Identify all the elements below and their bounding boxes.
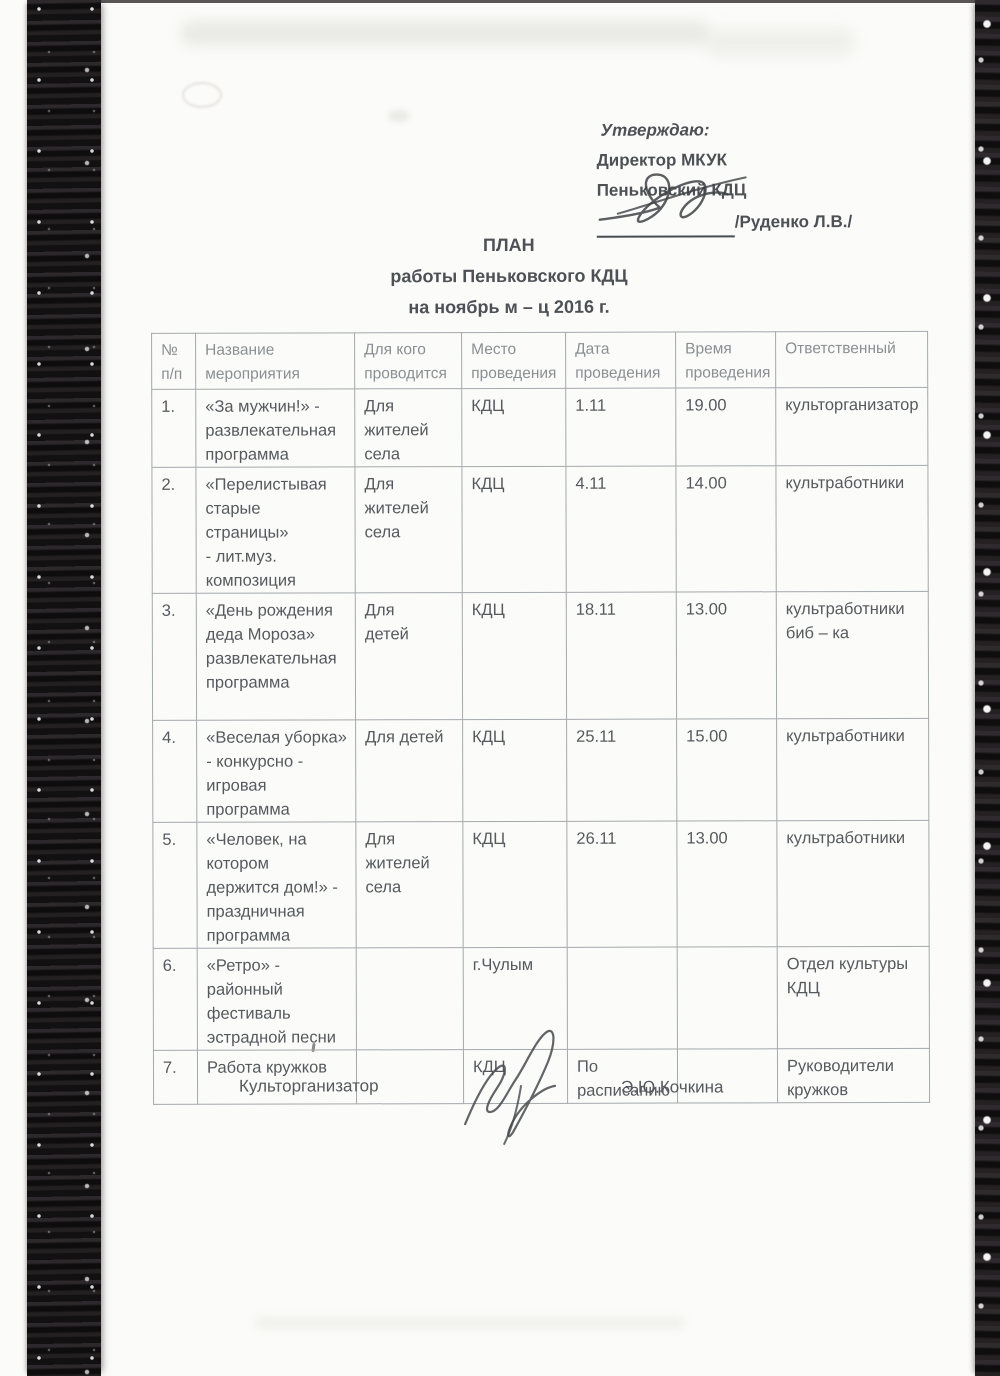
footer-signer-name: Э.Ю.Кочкина [621, 1077, 724, 1097]
title-line-2: работы Пеньковского КДЦ [289, 260, 729, 292]
cell-r5-c2: «Человек, на котором держится дом!» - пр… [197, 822, 356, 948]
approval-director: Директор МКУК [597, 145, 897, 176]
title-line-1: ПЛАН [289, 229, 729, 261]
footer-role-label: Культорганизатор [239, 1076, 379, 1096]
cell-r3-c3: Для детей [355, 593, 462, 720]
cell-r1-c5: 1.11 [566, 388, 676, 466]
cell-r3-c1: 3. [152, 593, 196, 720]
col-header-4: Место проведения [462, 332, 566, 388]
cell-r2-c6: 14.00 [676, 466, 776, 592]
cell-r5-c5: 26.11 [567, 821, 677, 947]
approval-org: Пеньковский КДЦ [597, 175, 897, 206]
cell-r7-c4: КДЦ [463, 1049, 567, 1103]
col-header-7: Ответственный [776, 331, 928, 387]
cell-r3-c6: 13.00 [676, 592, 776, 719]
col-header-1: № п/п [152, 333, 196, 389]
cell-r1-c7: культорганизатор [776, 387, 928, 465]
table-row-4: 4.«Веселая уборка» - конкурсно - игровая… [153, 718, 929, 822]
cell-r3-c4: КДЦ [462, 592, 566, 719]
cell-r2-c3: Для жителей села [355, 467, 462, 593]
col-header-3: Для кого проводится [355, 333, 462, 389]
cell-r5-c6: 13.00 [677, 821, 777, 947]
cell-r6-c3 [356, 948, 463, 1050]
cell-r4-c6: 15.00 [677, 719, 777, 821]
table-body: 1.«За мужчин!» - развлекательная програм… [152, 387, 930, 1104]
table-row-5: 5.«Человек, на котором держится дом!» - … [153, 820, 929, 948]
cell-r4-c1: 4. [153, 720, 197, 822]
cell-r1-c6: 19.00 [676, 388, 776, 466]
approval-block: Утверждаю: Директор МКУК Пеньковский КДЦ… [597, 115, 897, 238]
table-row-2: 2.«Перелистывая старые страницы» - лит.м… [152, 465, 928, 593]
cell-r2-c4: КДЦ [462, 466, 566, 592]
cell-r6-c1: 6. [153, 948, 197, 1050]
table-header-row: № п/пНазвание мероприятияДля кого провод… [152, 331, 928, 389]
cell-r6-c7: Отдел культуры КДЦ [777, 946, 929, 1048]
cell-r4-c7: культработники [777, 718, 929, 820]
cell-r7-c1: 7. [153, 1050, 197, 1104]
cell-r5-c7: культработники [777, 820, 929, 946]
cell-r4-c5: 25.11 [567, 719, 677, 821]
col-header-5: Дата проведения [566, 332, 676, 388]
cell-r5-c1: 5. [153, 822, 197, 948]
cell-r6-c5 [567, 947, 677, 1049]
table-row-1: 1.«За мужчин!» - развлекательная програм… [152, 387, 928, 467]
title-line-3: на ноябрь м – ц 2016 г. [289, 291, 729, 323]
cell-r4-c2: «Веселая уборка» - конкурсно - игровая п… [197, 720, 356, 822]
cell-r2-c7: культработники [776, 465, 928, 591]
cell-r4-c4: КДЦ [463, 719, 567, 821]
plan-table: № п/пНазвание мероприятияДля кого провод… [151, 331, 930, 1105]
cell-r3-c5: 18.11 [566, 592, 676, 719]
cell-r2-c2: «Перелистывая старые страницы» - лит.муз… [196, 467, 355, 593]
cell-r5-c3: Для жителей села [356, 822, 463, 948]
cell-r1-c3: Для жителей села [355, 389, 462, 467]
approval-signer-name: /Руденко Л.В./ [735, 207, 852, 237]
cell-r5-c4: КДЦ [463, 821, 567, 947]
cell-r7-c7: Руководители кружков [777, 1048, 929, 1102]
cell-r1-c2: «За мужчин!» - развлекательная программа [196, 389, 355, 467]
document-content: Утверждаю: Директор МКУК Пеньковский КДЦ… [0, 0, 1000, 1376]
table-row-3: 3.«День рождения деда Мороза» развлекате… [152, 591, 928, 720]
cell-r6-c2: «Ретро» - районный фестиваль эстрадной п… [197, 948, 356, 1050]
cell-r3-c2: «День рождения деда Мороза» развлекатель… [196, 593, 355, 720]
scanned-document-page: Утверждаю: Директор МКУК Пеньковский КДЦ… [0, 0, 1000, 1376]
cell-r4-c3: Для детей [356, 720, 463, 822]
cell-r1-c4: КДЦ [462, 388, 566, 466]
document-title: ПЛАН работы Пеньковского КДЦ на ноябрь м… [289, 229, 729, 323]
cell-r2-c5: 4.11 [566, 466, 676, 592]
cell-r1-c1: 1. [152, 389, 196, 467]
cell-r6-c4: г.Чулым [463, 947, 567, 1049]
col-header-2: Название мероприятия [196, 333, 355, 389]
table-row-6: 6.«Ретро» - районный фестиваль эстрадной… [153, 946, 929, 1050]
cell-r2-c1: 2. [152, 467, 196, 593]
cell-r3-c7: культработники биб – ка [776, 591, 928, 718]
approval-word: Утверждаю: [597, 115, 897, 146]
cell-r6-c6 [677, 947, 777, 1049]
col-header-6: Время проведения [676, 332, 776, 388]
